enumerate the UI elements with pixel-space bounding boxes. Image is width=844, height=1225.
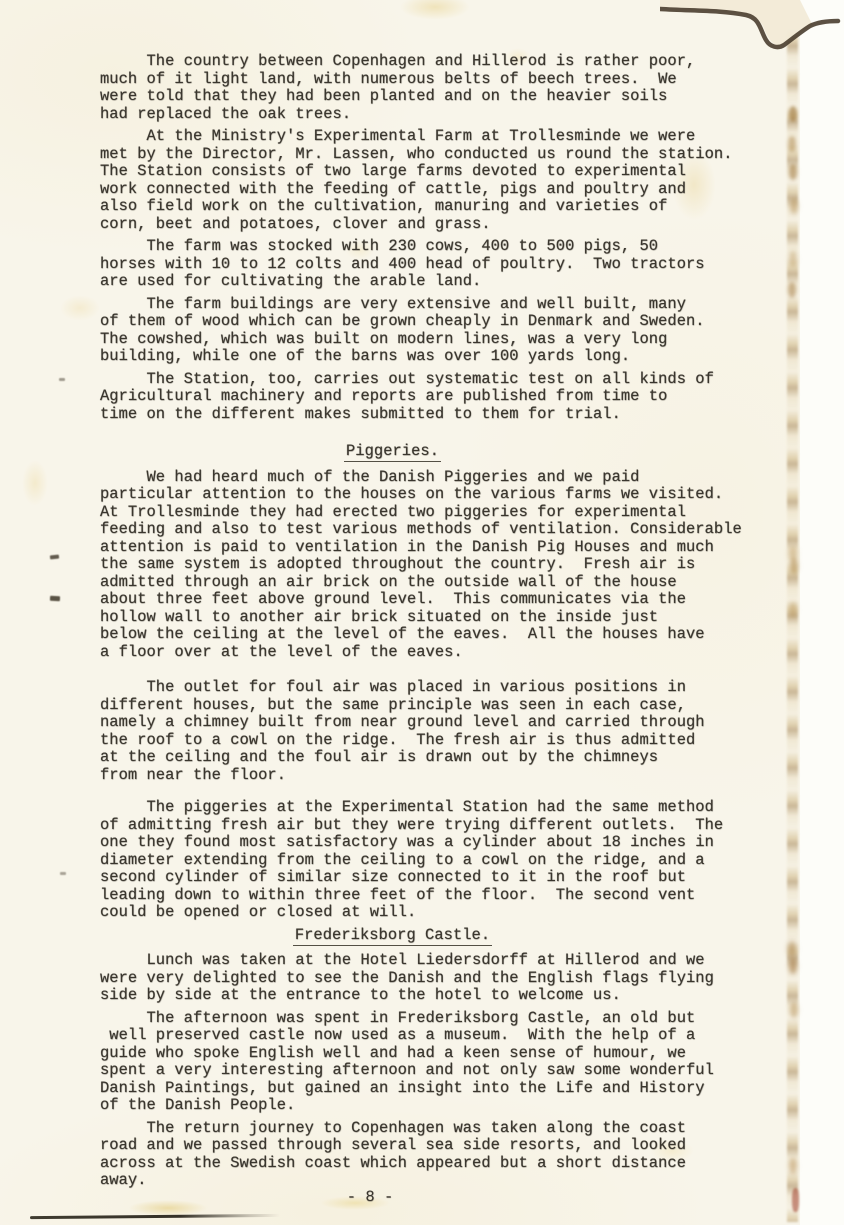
text-line: The return journey to Copenhagen was tak… [100, 1120, 765, 1138]
text-line: The farm was stocked with 230 cows, 400 … [100, 238, 765, 256]
text-line: building, while one of the barns was ove… [100, 348, 765, 366]
text-line: We had heard much of the Danish Piggerie… [100, 469, 765, 487]
section-heading: Piggeries. [100, 443, 685, 461]
text-line: of them of wood which can be grown cheap… [100, 313, 765, 331]
paragraph: At the Ministry's Experimental Farm at T… [100, 128, 765, 233]
text-line: the roof to a cowl on the ridge. The fre… [100, 732, 765, 750]
text-line: of the Danish People. [100, 1097, 765, 1115]
edge-stain-blobs [789, 106, 797, 122]
text-line: below the ceiling at the level of the ea… [100, 626, 765, 644]
text-line: attention is paid to ventilation in the … [100, 539, 765, 557]
text-line: away. [100, 1172, 765, 1190]
text-line: corn, beet and potatoes, clover and gras… [100, 216, 765, 234]
text-line: At the Ministry's Experimental Farm at T… [100, 128, 765, 146]
text-line: work connected with the feeding of cattl… [100, 181, 765, 199]
text-line: much of it light land, with numerous bel… [100, 71, 765, 89]
text-line: time on the different makes submitted to… [100, 406, 765, 424]
page-right-edge-stain [787, 30, 798, 1222]
text-line: were told that they had been planted and… [100, 88, 765, 106]
text-line: well preserved castle now used as a muse… [100, 1027, 765, 1045]
text-line: Agricultural machinery and reports are p… [100, 388, 765, 406]
section-heading-text: Piggeries. [344, 442, 441, 462]
text-line: The farm buildings are very extensive an… [100, 296, 765, 314]
text-line: leading down to within three feet of the… [100, 887, 765, 905]
text-line: about three feet above ground level. Thi… [100, 591, 765, 609]
text-line: The afternoon was spent in Frederiksborg… [100, 1010, 765, 1028]
text-line: feeding and also to test various methods… [100, 521, 765, 539]
text-line: admitted through an air brick on the out… [100, 574, 765, 592]
text-line: Lunch was taken at the Hotel Liedersdorf… [100, 952, 765, 970]
paragraph: The Station, too, carries out systematic… [100, 371, 765, 424]
text-line: across at the Swedish coast which appear… [100, 1155, 765, 1173]
text-line: The country between Copenhagen and Hille… [100, 53, 765, 71]
scan-background-edge [800, 0, 844, 1225]
text-line: met by the Director, Mr. Lassen, who con… [100, 146, 765, 164]
page-number: - 8 - [0, 1188, 800, 1206]
text-line: particular attention to the houses on th… [100, 486, 765, 504]
text-line: The cowshed, which was built on modern l… [100, 331, 765, 349]
margin-ink-mark [50, 596, 60, 602]
margin-ink-mark [60, 872, 66, 875]
paragraph: Lunch was taken at the Hotel Liedersdorf… [100, 952, 765, 1005]
paragraph: The afternoon was spent in Frederiksborg… [100, 1010, 765, 1115]
paragraph: The farm buildings are very extensive an… [100, 296, 765, 366]
text-line: namely a chimney built from near ground … [100, 714, 765, 732]
paragraph: The country between Copenhagen and Hille… [100, 53, 765, 123]
text-line: diameter extending from the ceiling to a… [100, 852, 765, 870]
text-line: The Station, too, carries out systematic… [100, 371, 765, 389]
text-line: The outlet for foul air was placed in va… [100, 679, 765, 697]
margin-ink-mark [59, 378, 65, 381]
paragraph: The outlet for foul air was placed in va… [100, 679, 765, 784]
foxing-stain [60, 295, 100, 321]
section-heading-text: Frederiksborg Castle. [293, 926, 492, 946]
section-heading: Frederiksborg Castle. [100, 927, 685, 945]
text-line: different houses, but the same principle… [100, 697, 765, 715]
text-line: the same system is adopted throughout th… [100, 556, 765, 574]
typewritten-text: The country between Copenhagen and Hille… [100, 53, 765, 1190]
paragraph: We had heard much of the Danish Piggerie… [100, 469, 765, 662]
text-line: of admitting fresh air but they were try… [100, 817, 765, 835]
text-line: from near the floor. [100, 767, 765, 785]
text-line: The Station consists of two large farms … [100, 163, 765, 181]
text-line: hollow wall to another air brick situate… [100, 609, 765, 627]
text-line: could be opened or closed at will. [100, 904, 765, 922]
text-line: second cylinder of similar size connecte… [100, 869, 765, 887]
scanned-document-page: The country between Copenhagen and Hille… [0, 0, 844, 1225]
text-line: had replaced the oak trees. [100, 106, 765, 124]
text-line: at the ceiling and the foul air is drawn… [100, 749, 765, 767]
text-line: The piggeries at the Experimental Statio… [100, 799, 765, 817]
text-line: were very delighted to see the Danish an… [100, 970, 765, 988]
text-line: side by side at the entrance to the hote… [100, 987, 765, 1005]
text-line: spent a very interesting afternoon and n… [100, 1062, 765, 1080]
text-line: are used for cultivating the arable land… [100, 273, 765, 291]
paragraph: The return journey to Copenhagen was tak… [100, 1120, 765, 1190]
text-line: one they found most satisfactory was a c… [100, 834, 765, 852]
text-line: also field work on the cultivation, manu… [100, 198, 765, 216]
text-line: guide who spoke English well and had a k… [100, 1045, 765, 1063]
text-line: Danish Paintings, but gained an insight … [100, 1080, 765, 1098]
foxing-stain [22, 460, 48, 506]
paragraph: The farm was stocked with 230 cows, 400 … [100, 238, 765, 291]
text-line: road and we passed through several sea s… [100, 1137, 765, 1155]
text-line: At Trollesminde they had erected two pig… [100, 504, 765, 522]
text-line: a floor over at the level of the eaves. [100, 644, 765, 662]
text-line: horses with 10 to 12 colts and 400 head … [100, 256, 765, 274]
paragraph: The piggeries at the Experimental Statio… [100, 799, 765, 922]
